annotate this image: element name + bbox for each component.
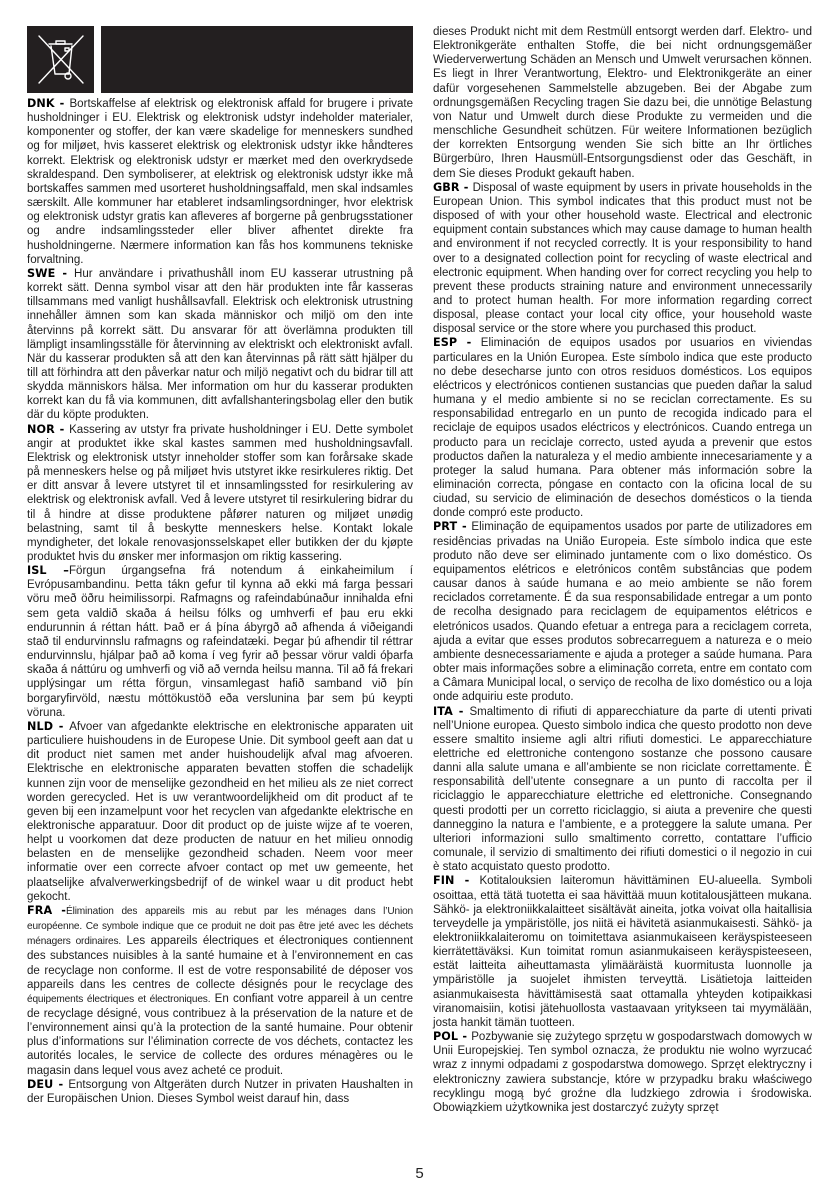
language-code: NLD: [27, 720, 53, 733]
section-fra: FRA -Élimination des appareils mis au re…: [27, 904, 413, 1078]
language-code: DEU: [27, 1078, 53, 1091]
language-code: ESP: [433, 336, 457, 349]
section-fin: FIN - Kotitalouksien laiteromun hävittäm…: [433, 874, 812, 1030]
section-text: dieses Produkt nicht mit dem Restmüll en…: [433, 26, 812, 180]
section-prt: PRT - Eliminação de equipamentos usados …: [433, 520, 812, 704]
language-code: POL: [433, 1030, 458, 1043]
section-gbr: GBR - Disposal of waste equipment by use…: [433, 181, 812, 337]
section-text: Hur användare i privathushåll inom EU ka…: [27, 268, 413, 422]
section-nor: NOR - Kassering av utstyr fra private hu…: [27, 423, 413, 565]
page-number: 5: [0, 1165, 839, 1182]
section-isl: ISL –Förgun úrgangsefna frá notendum á e…: [27, 564, 413, 720]
section-text: En confiant votre appareil à un centre d…: [27, 993, 413, 1077]
section-text: Eliminação de equipamentos usados por pa…: [433, 521, 812, 703]
section-text: Smaltimento di rifiuti di apparecchiatur…: [433, 706, 812, 874]
section-text: Kassering av utstyr fra private husholdn…: [27, 424, 413, 563]
section-esp: ESP - Eliminación de equipos usados por …: [433, 336, 812, 520]
language-code: GBR: [433, 181, 460, 194]
language-code: PRT: [433, 520, 457, 533]
language-code: DNK: [27, 97, 55, 110]
language-code: FIN: [433, 874, 454, 887]
section-text: Disposal of waste equipment by users in …: [433, 182, 812, 336]
weee-symbol-box: [27, 26, 94, 93]
section-pol: POL - Pozbywanie się zużytego sprzętu w …: [433, 1030, 812, 1115]
section-nld: NLD - Afvoer van afgedankte elektrische …: [27, 720, 413, 904]
document-page: DNK - Bortskaffelse af elektrisk og elek…: [0, 0, 839, 1190]
right-column: dieses Produkt nicht mit dem Restmüll en…: [433, 25, 812, 1115]
section-text-condensed: équipements électriques et électroniques…: [27, 994, 210, 1005]
section-text: Pozbywanie się zużytego sprzętu w gospod…: [433, 1031, 812, 1114]
section-text: Entsorgung von Altgeräten durch Nutzer i…: [27, 1079, 413, 1105]
section-dnk: DNK - Bortskaffelse af elektrisk og elek…: [27, 97, 413, 267]
section-text: Eliminación de equipos usados por usuari…: [433, 337, 812, 519]
section-ita: ITA - Smaltimento di rifiuti di apparecc…: [433, 705, 812, 875]
section-swe: SWE - Hur användare i privathushåll inom…: [27, 267, 413, 423]
header-banner: [101, 26, 413, 93]
section-text: Afvoer van afgedankte elektrische en ele…: [27, 721, 413, 903]
section-text: Förgun úrgangsefna frá notendum á einkah…: [27, 565, 413, 719]
language-code: FRA: [27, 904, 52, 917]
language-code: ITA: [433, 705, 453, 718]
language-code: NOR: [27, 423, 55, 436]
language-code: SWE: [27, 267, 55, 280]
section-text: Kotitalouksien laiteromun hävittäminen E…: [433, 875, 812, 1029]
section-deu-continued: dieses Produkt nicht mit dem Restmüll en…: [433, 25, 812, 181]
language-code: ISL: [27, 564, 47, 577]
crossed-out-wheelie-bin-icon: [27, 26, 94, 93]
section-text: Bortskaffelse af elektrisk og elektronis…: [27, 98, 413, 266]
section-deu-start: DEU - Entsorgung von Altgeräten durch Nu…: [27, 1078, 413, 1106]
left-column: DNK - Bortskaffelse af elektrisk og elek…: [27, 97, 413, 1106]
